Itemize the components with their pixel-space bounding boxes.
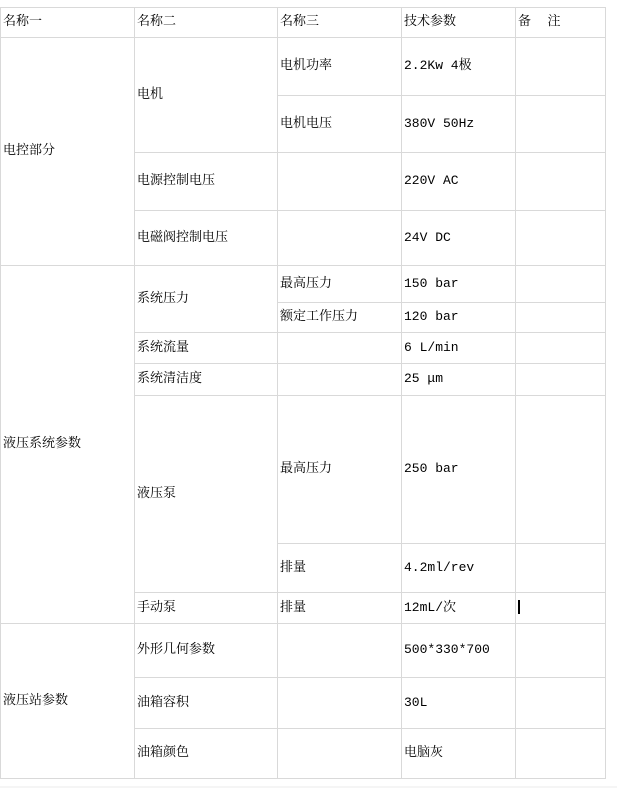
cell-motor-power-value[interactable]: 2.2Kw 4极 (402, 38, 516, 96)
cell-outline-geometry-value[interactable]: 500*330*700 (402, 624, 516, 678)
cell-system-cleanliness-value[interactable]: 25 μm (402, 364, 516, 396)
cell-remark-editing[interactable] (516, 593, 606, 624)
cell-remark-empty[interactable] (516, 38, 606, 96)
header-cell-name2[interactable]: 名称二 (135, 8, 278, 38)
cell-displacement[interactable]: 排量 (278, 544, 402, 593)
cell-power-control-voltage-value[interactable]: 220V AC (402, 153, 516, 211)
header-cell-name1[interactable]: 名称一 (1, 8, 135, 38)
cell-remark-empty[interactable] (516, 396, 606, 544)
cell-remark-empty[interactable] (516, 211, 606, 266)
cell-hydraulic-pump[interactable]: 液压泵 (135, 396, 278, 593)
cell-motor-voltage[interactable]: 电机电压 (278, 96, 402, 153)
header-cell-remark[interactable]: 备 注 (516, 8, 606, 38)
cell-manual-pump-displacement[interactable]: 排量 (278, 593, 402, 624)
cell-manual-pump-displacement-value[interactable]: 12mL/次 (402, 593, 516, 624)
cell-remark-empty[interactable] (516, 153, 606, 211)
cell-system-cleanliness[interactable]: 系统清洁度 (135, 364, 278, 396)
cell-power-control-voltage[interactable]: 电源控制电压 (135, 153, 278, 211)
cell-remark-empty[interactable] (516, 303, 606, 333)
cell-manual-pump[interactable]: 手动泵 (135, 593, 278, 624)
cell-section-electrical[interactable]: 电控部分 (1, 38, 135, 266)
cell-system-flow-value[interactable]: 6 L/min (402, 333, 516, 364)
header-cell-name3[interactable]: 名称三 (278, 8, 402, 38)
text-caret (518, 600, 520, 614)
cell-motor-voltage-value[interactable]: 380V 50Hz (402, 96, 516, 153)
cell-tank-capacity[interactable]: 油箱容积 (135, 678, 278, 729)
cell-system-pressure[interactable]: 系统压力 (135, 266, 278, 333)
cell-section-hydraulic-system[interactable]: 液压系统参数 (1, 266, 135, 624)
table-row: 液压系统参数 系统压力 最高压力 150 bar (1, 266, 606, 303)
cell-solenoid-control-voltage[interactable]: 电磁阀控制电压 (135, 211, 278, 266)
header-cell-tech[interactable]: 技术参数 (402, 8, 516, 38)
cell-displacement-value[interactable]: 4.2ml/rev (402, 544, 516, 593)
cell-name3-empty[interactable] (278, 333, 402, 364)
cell-remark-empty[interactable] (516, 96, 606, 153)
cell-name3-empty[interactable] (278, 624, 402, 678)
cell-max-pressure[interactable]: 最高压力 (278, 266, 402, 303)
table-row: 电控部分 电机 电机功率 2.2Kw 4极 (1, 38, 606, 96)
cell-outline-geometry[interactable]: 外形几何参数 (135, 624, 278, 678)
document-page: 名称一 名称二 名称三 技术参数 备 注 电控部分 电机 电机功率 2.2Kw … (0, 7, 617, 788)
table-row: 液压站参数 外形几何参数 500*330*700 (1, 624, 606, 678)
cell-section-hydraulic-station[interactable]: 液压站参数 (1, 624, 135, 779)
cell-tank-color[interactable]: 油箱颜色 (135, 729, 278, 779)
cell-pump-max-pressure[interactable]: 最高压力 (278, 396, 402, 544)
cell-tank-color-value[interactable]: 电脑灰 (402, 729, 516, 779)
cell-rated-working-pressure[interactable]: 额定工作压力 (278, 303, 402, 333)
cell-pump-max-pressure-value[interactable]: 250 bar (402, 396, 516, 544)
spec-table: 名称一 名称二 名称三 技术参数 备 注 电控部分 电机 电机功率 2.2Kw … (0, 7, 606, 779)
cell-motor-power[interactable]: 电机功率 (278, 38, 402, 96)
cell-tank-capacity-value[interactable]: 30L (402, 678, 516, 729)
cell-name3-empty[interactable] (278, 211, 402, 266)
cell-remark-empty[interactable] (516, 544, 606, 593)
cell-solenoid-control-voltage-value[interactable]: 24V DC (402, 211, 516, 266)
cell-remark-empty[interactable] (516, 624, 606, 678)
cell-remark-empty[interactable] (516, 678, 606, 729)
cell-remark-empty[interactable] (516, 729, 606, 779)
cell-name3-empty[interactable] (278, 153, 402, 211)
cell-max-pressure-value[interactable]: 150 bar (402, 266, 516, 303)
cell-remark-empty[interactable] (516, 266, 606, 303)
cell-motor[interactable]: 电机 (135, 38, 278, 153)
cell-remark-empty[interactable] (516, 333, 606, 364)
cell-system-flow[interactable]: 系统流量 (135, 333, 278, 364)
cell-name3-empty[interactable] (278, 364, 402, 396)
cell-remark-empty[interactable] (516, 364, 606, 396)
cell-name3-empty[interactable] (278, 729, 402, 779)
cell-name3-empty[interactable] (278, 678, 402, 729)
cell-rated-working-pressure-value[interactable]: 120 bar (402, 303, 516, 333)
table-header-row: 名称一 名称二 名称三 技术参数 备 注 (1, 8, 606, 38)
